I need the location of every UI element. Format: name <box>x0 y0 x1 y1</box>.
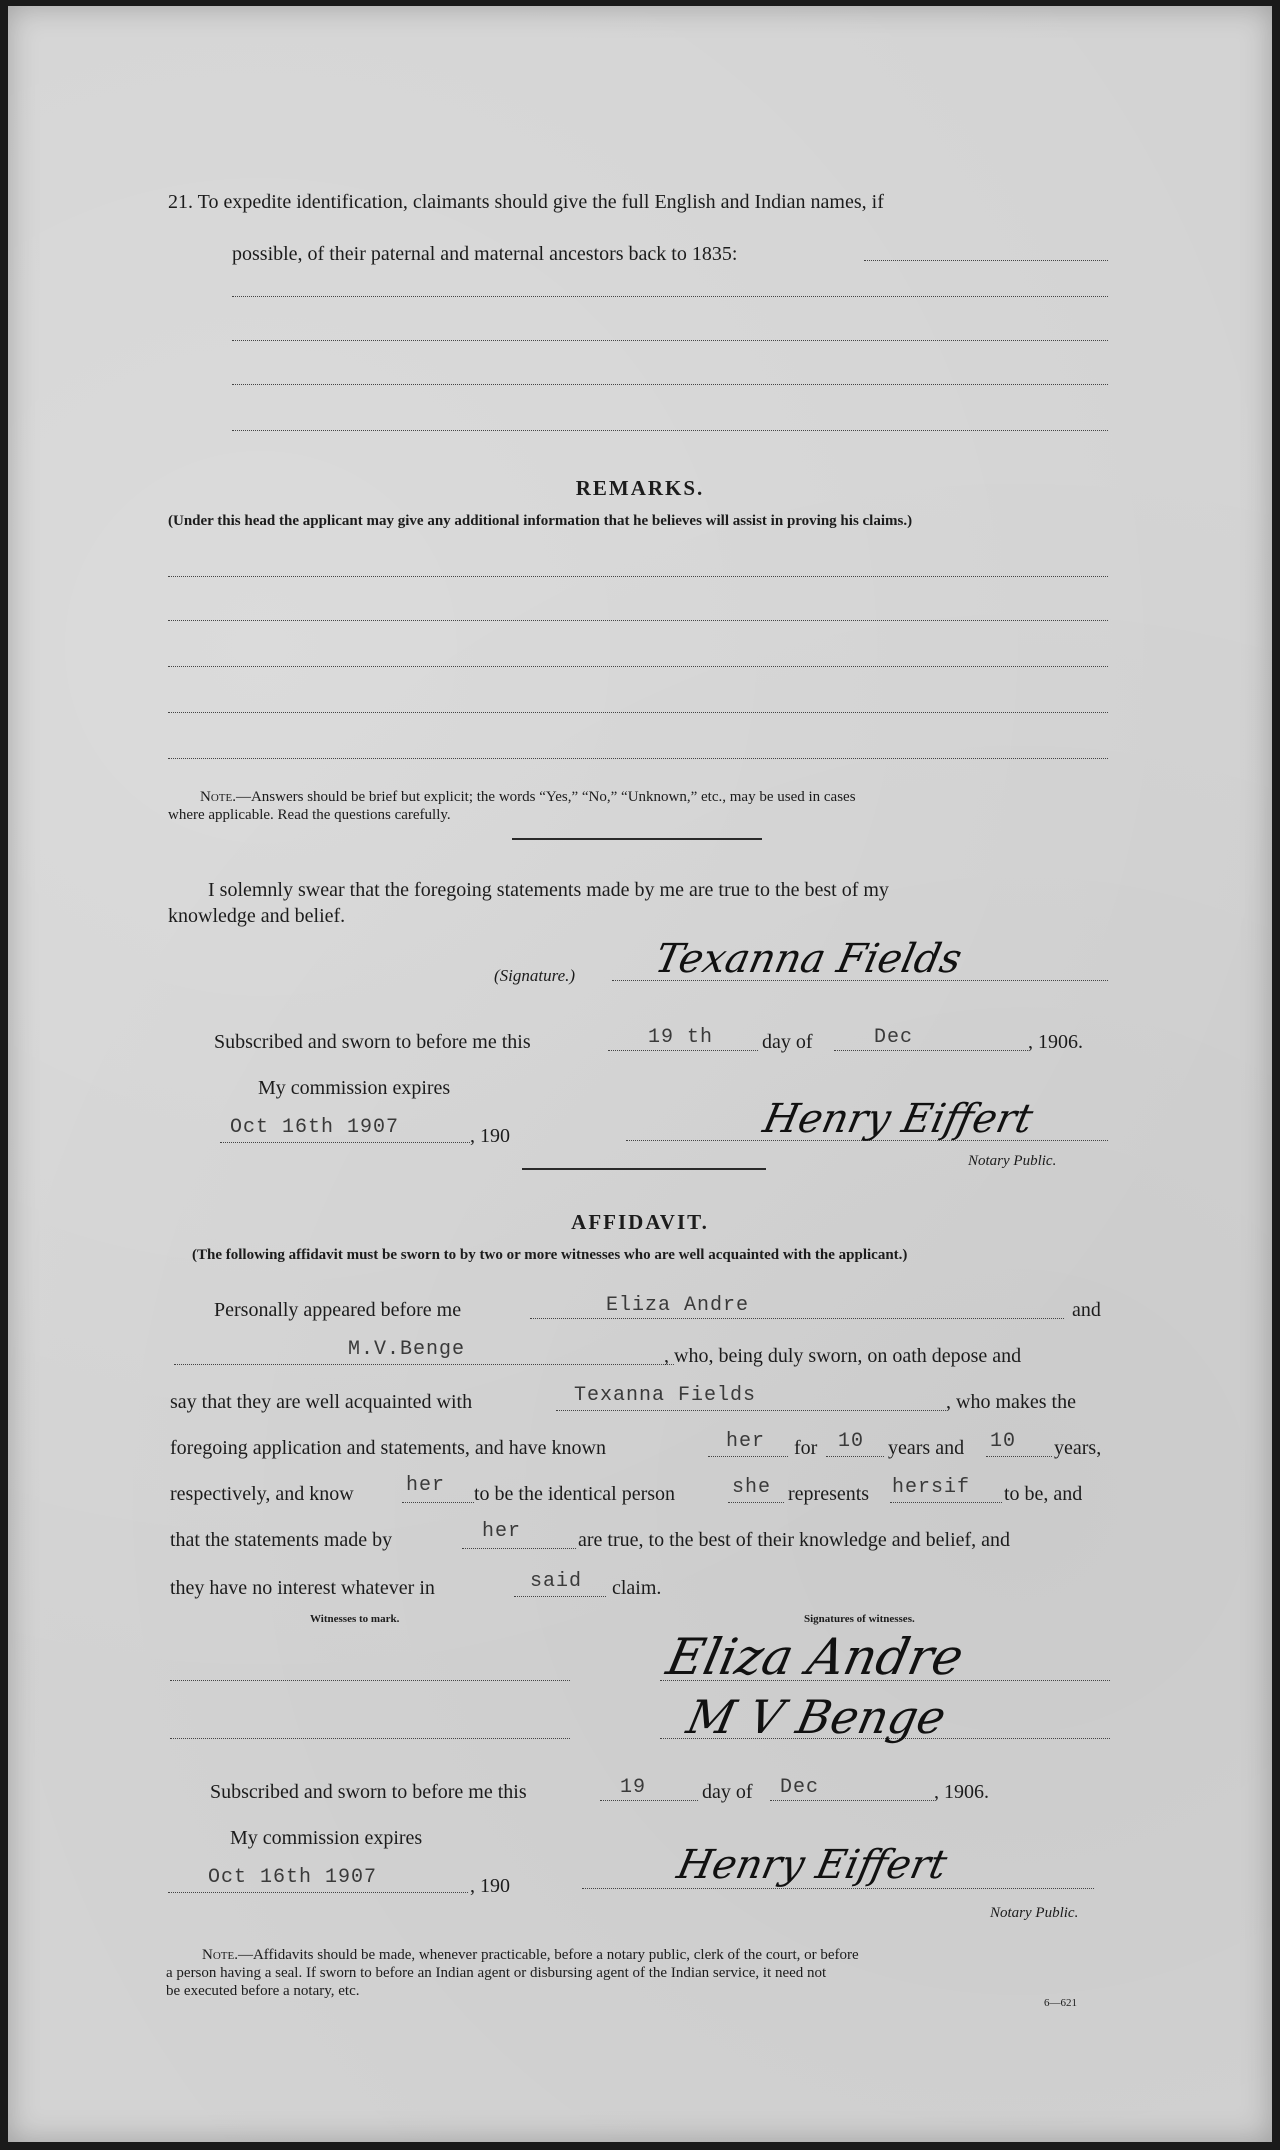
pronoun3-field[interactable]: she <box>732 1476 771 1499</box>
notary-public-label: Notary Public. <box>968 1152 1056 1170</box>
pronoun5-field[interactable]: her <box>482 1520 521 1543</box>
witness-mark-line-2[interactable] <box>170 1738 570 1739</box>
oath-year: , 1906. <box>1028 1030 1083 1054</box>
witness-mark-line-1[interactable] <box>170 1680 570 1681</box>
pronoun1-field[interactable]: her <box>726 1430 765 1453</box>
witness1-line <box>530 1318 1064 1319</box>
oath-day-of: day of <box>762 1030 813 1054</box>
notary-signature: Henry Eiffert <box>759 1096 1037 1142</box>
document-page: 21. To expedite identification, claimant… <box>8 6 1272 2142</box>
note-affidavits-line1: Note.—Affidavits should be made, wheneve… <box>202 1946 859 1964</box>
affidavit-notary-signature-line[interactable] <box>582 1888 1094 1889</box>
affidavit-line7-suffix: claim. <box>612 1576 661 1600</box>
applicant-line <box>556 1410 946 1411</box>
claim-word-line <box>514 1596 606 1597</box>
note-answers-line2: where applicable. Read the questions car… <box>168 806 451 824</box>
witness1-name-field[interactable]: Eliza Andre <box>606 1294 749 1317</box>
ancestors-answer-line-4[interactable] <box>232 430 1108 431</box>
remarks-line-4[interactable] <box>168 712 1108 713</box>
affidavit-commission-suffix: , 190 <box>470 1874 510 1898</box>
applicant-name-field[interactable]: Texanna Fields <box>574 1384 756 1407</box>
affidavit-instruction: (The following affidavit must be sworn t… <box>192 1246 907 1264</box>
oath-day-line <box>608 1050 758 1051</box>
ancestors-answer-line-0[interactable] <box>864 260 1108 261</box>
pronoun5-line <box>462 1548 576 1549</box>
ancestors-answer-line-2[interactable] <box>232 340 1108 341</box>
question-21-line2: possible, of their paternal and maternal… <box>232 242 737 266</box>
affidavit-day-of: day of <box>702 1780 753 1804</box>
signatures-of-witnesses-label: Signatures of witnesses. <box>804 1612 915 1626</box>
affidavit-line6-prefix: that the statements made by <box>170 1528 392 1552</box>
oath-subscribed-text: Subscribed and sworn to before me this <box>214 1030 531 1054</box>
remarks-title: REMARKS. <box>8 476 1272 501</box>
ancestors-answer-line-3[interactable] <box>232 384 1108 385</box>
witness2-line <box>174 1364 674 1365</box>
oath-line2: knowledge and belief. <box>168 904 345 928</box>
remarks-line-2[interactable] <box>168 620 1108 621</box>
affidavit-line4-suffix: years, <box>1054 1436 1101 1460</box>
question-number: 21. <box>168 191 193 213</box>
affidavit-commission-date[interactable]: Oct 16th 1907 <box>208 1866 377 1889</box>
section-divider <box>512 838 762 840</box>
years1-line <box>826 1456 884 1457</box>
applicant-signature: Texanna Fields <box>651 936 966 982</box>
affidavit-month-line <box>770 1800 934 1801</box>
signature-label: (Signature.) <box>494 964 575 988</box>
affidavit-line3-prefix: say that they are well acquainted with <box>170 1390 472 1414</box>
form-number: 6—621 <box>1044 1996 1077 2010</box>
affidavit-year: , 1906. <box>934 1780 989 1804</box>
pronoun2-line <box>402 1502 474 1503</box>
claim-word-field[interactable]: said <box>530 1570 582 1593</box>
affidavit-day-field[interactable]: 19 <box>620 1776 646 1799</box>
years2-field[interactable]: 10 <box>990 1430 1016 1453</box>
oath-month-line <box>834 1050 1028 1051</box>
witness-signature-1: Eliza Andre <box>662 1628 969 1686</box>
affidavit-commission-label: My commission expires <box>230 1826 422 1850</box>
affidavit-line2-suffix: , who, being duly sworn, on oath depose … <box>664 1344 1021 1368</box>
affidavit-notary-signature: Henry Eiffert <box>673 1842 951 1888</box>
affidavit-commission-line <box>168 1892 468 1893</box>
oath-day-field[interactable]: 19 th <box>648 1026 713 1049</box>
affidavit-month-field[interactable]: Dec <box>780 1776 819 1799</box>
pronoun3-line <box>728 1502 784 1503</box>
section-divider-2 <box>522 1168 766 1170</box>
affidavit-line4-prefix: foregoing application and statements, an… <box>170 1436 606 1460</box>
witness-signature-2: M V Benge <box>682 1690 950 1744</box>
affidavit-subscribed-text: Subscribed and sworn to before me this <box>210 1780 527 1804</box>
oath-commission-date[interactable]: Oct 16th 1907 <box>230 1116 399 1139</box>
affidavit-line5-mid2: represents <box>788 1482 869 1506</box>
pronoun1-line <box>708 1456 788 1457</box>
note-answers-line1: Note.—Answers should be brief but explic… <box>200 788 856 806</box>
note-affidavits-line2: a person having a seal. If sworn to befo… <box>166 1964 826 1982</box>
pronoun4-field[interactable]: hersif <box>892 1476 970 1499</box>
oath-month-field[interactable]: Dec <box>874 1026 913 1049</box>
affidavit-line6-suffix: are true, to the best of their knowledge… <box>578 1528 1010 1552</box>
affidavit-day-line <box>600 1800 698 1801</box>
years1-field[interactable]: 10 <box>838 1430 864 1453</box>
pronoun4-line <box>890 1502 1002 1503</box>
affidavit-title: AFFIDAVIT. <box>8 1210 1272 1235</box>
remarks-line-3[interactable] <box>168 666 1108 667</box>
question-21-line1: 21. To expedite identification, claimant… <box>168 190 884 214</box>
witness2-name-field[interactable]: M.V.Benge <box>348 1338 465 1361</box>
affidavit-line3-suffix: , who makes the <box>946 1390 1076 1414</box>
witnesses-to-mark-label: Witnesses to mark. <box>310 1612 399 1626</box>
oath-commission-label: My commission expires <box>258 1076 450 1100</box>
affidavit-line1-suffix: and <box>1072 1298 1101 1322</box>
note-affidavits-line3: be executed before a notary, etc. <box>166 1982 360 2000</box>
ancestors-answer-line-1[interactable] <box>232 296 1108 297</box>
oath-commission-suffix: , 190 <box>470 1124 510 1148</box>
affidavit-line5-prefix: respectively, and know <box>170 1482 354 1506</box>
affidavit-line7-prefix: they have no interest whatever in <box>170 1576 435 1600</box>
remarks-line-5[interactable] <box>168 758 1108 759</box>
oath-line1: I solemnly swear that the foregoing stat… <box>208 878 889 902</box>
affidavit-for: for <box>794 1436 817 1460</box>
remarks-instruction: (Under this head the applicant may give … <box>168 512 912 530</box>
remarks-line-1[interactable] <box>168 576 1108 577</box>
oath-commission-line <box>220 1142 470 1143</box>
affidavit-line1-prefix: Personally appeared before me <box>214 1298 461 1322</box>
years2-line <box>986 1456 1052 1457</box>
affidavit-years-and: years and <box>888 1436 964 1460</box>
affidavit-line5-mid1: to be the identical person <box>474 1482 675 1506</box>
affidavit-line5-suffix: to be, and <box>1004 1482 1082 1506</box>
pronoun2-field[interactable]: her <box>406 1474 445 1497</box>
affidavit-notary-public-label: Notary Public. <box>990 1904 1078 1922</box>
